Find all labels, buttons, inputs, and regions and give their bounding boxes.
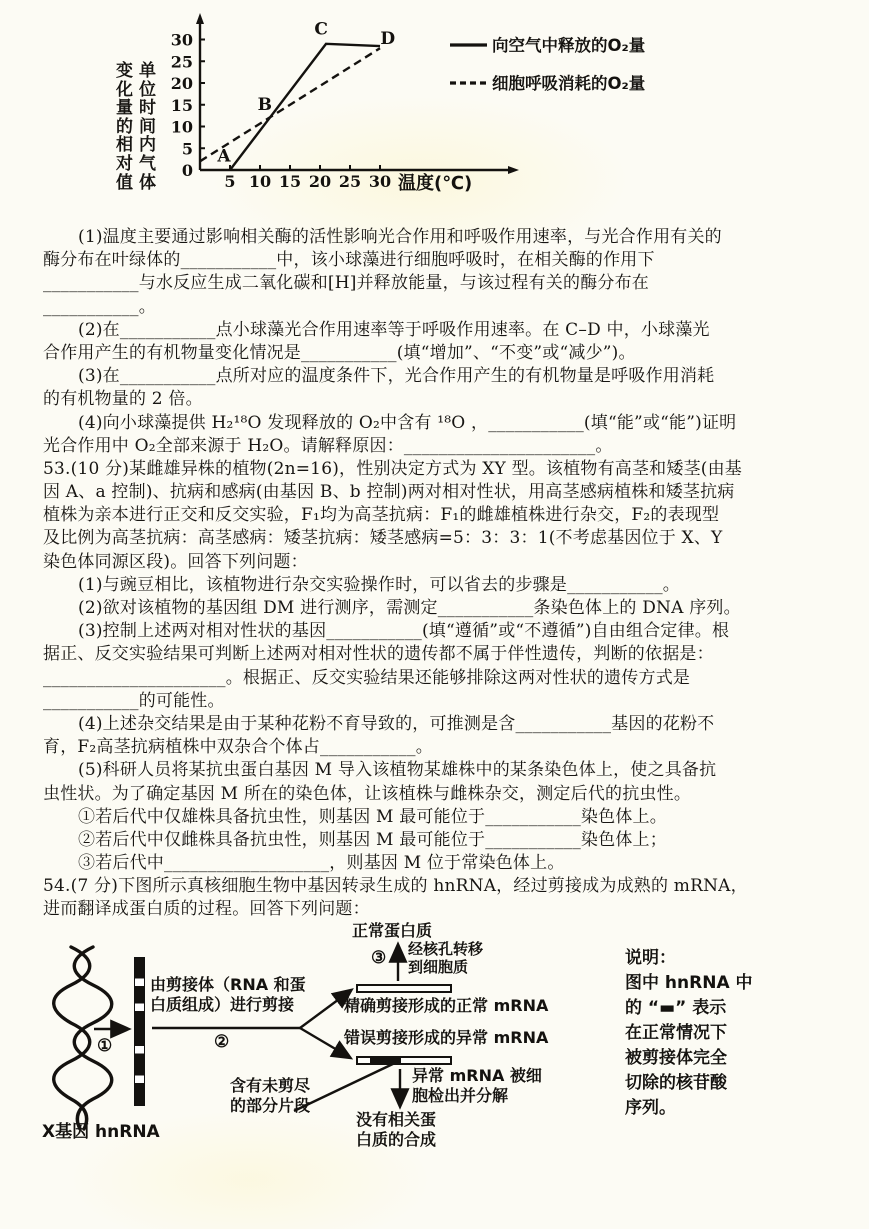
svg-text:10: 10 [171, 118, 193, 137]
y-axis-label-column: 变化量的相对值 [116, 62, 133, 192]
question-text-block: (1)温度主要通过影响相关酶的活性影响光合作用和呼吸作用速率，与光合作用有关的酶… [43, 226, 849, 922]
svg-text:30: 30 [171, 31, 193, 50]
svg-text:15: 15 [279, 172, 301, 191]
svg-text:5: 5 [182, 139, 193, 158]
text-line: (1)与豌豆相比，该植物进行杂交实验操作时，可以省去的步骤是__________… [43, 574, 849, 597]
svg-text:20: 20 [171, 74, 193, 93]
intron-segment [370, 1058, 401, 1063]
diagram-note: 说明： 图中 hnRNA 中 的 “▬” 表示 在正常情况下 被剪接体完全 切除… [625, 946, 753, 1121]
exam-page: 05101520253051015202530温度(℃)ABCD向空气中释放的O… [0, 0, 869, 1229]
step-3-badge: ③ [371, 948, 386, 968]
text-line: 光合作用中 O₂全部来源于 H₂O。请解释原因：________________… [43, 435, 849, 458]
text-line: 植株为亲本进行正交和反交实验，F₁均为高茎抗病：F₁的雌雄植株进行杂交，F₂的表… [43, 504, 849, 527]
svg-text:细胞呼吸消耗的O₂量: 细胞呼吸消耗的O₂量 [492, 73, 646, 93]
no-protein-label: 没有相关蛋 白质的合成 [356, 1110, 436, 1150]
text-line: 合作用产生的有机物量变化情况是___________(填“增加”、“不变”或“减… [43, 342, 849, 365]
text-line: ___________。 [43, 296, 849, 319]
svg-text:25: 25 [171, 52, 193, 71]
svg-text:5: 5 [224, 172, 235, 191]
svg-text:A: A [216, 146, 231, 166]
text-line: ③若后代中___________________，则基因 M 位于常染色体上。 [43, 852, 849, 875]
text-line: _____________________。根据正、反交实验结果还能够排除这两对… [43, 667, 849, 690]
svg-text:10: 10 [249, 172, 271, 191]
hnrna-bar [134, 957, 145, 1106]
x-gene-hnrna-label: X基因 hnRNA [42, 1122, 160, 1142]
svg-text:30: 30 [369, 172, 391, 191]
text-line: 染色体同源区段)。回答下列问题： [43, 551, 849, 574]
text-line: (1)温度主要通过影响相关酶的活性影响光合作用和呼吸作用速率，与光合作用有关的 [43, 226, 849, 249]
text-line: 54.(7 分)下图所示真核细胞生物中基因转录生成的 hnRNA，经过剪接成为成… [43, 875, 849, 898]
nuclear-pore-label: 经核孔转移 到细胞质 [408, 940, 483, 976]
text-line: ___________与水反应生成二氧化碳和[H]并释放能量，与该过程有关的酶分… [43, 272, 849, 295]
text-line: ___________的可能性。 [43, 690, 849, 713]
text-line: (3)在___________点所对应的温度条件下，光合作用产生的有机物量是呼吸… [43, 365, 849, 388]
abnormal-mrna-bar [356, 1056, 452, 1065]
fork-up-arrow [300, 991, 350, 1028]
text-line: 据正、反交实验结果可判断上述两对相对性状的遗传都不属于伴性遗传，判断的依据是： [43, 643, 849, 666]
normal-mrna-label: 精确剪接形成的正常 mRNA [344, 996, 548, 1016]
svg-text:D: D [380, 29, 395, 49]
mrna-degraded-label: 异常 mRNA 被细 胞检出并分解 [412, 1066, 542, 1106]
text-line: 及比例为高茎抗病：高茎感病：矮茎抗病：矮茎感病=5：3：3：1(不考虑基因位于 … [43, 527, 849, 550]
leftover-fragment-label: 含有未剪尽 的部分片段 [230, 1076, 310, 1116]
normal-mrna-bar [356, 984, 452, 993]
text-line: 育，F₂高茎抗病植株中双杂合个体占___________。 [43, 736, 849, 759]
text-line: 的有机物量的 2 倍。 [43, 388, 849, 411]
normal-protein-label: 正常蛋白质 [352, 921, 432, 941]
svg-text:C: C [314, 19, 328, 39]
text-line: 53.(10 分)某雌雄异株的植物(2n=16)，性别决定方式为 XY 型。该植… [43, 458, 849, 481]
svg-text:向空气中释放的O₂量: 向空气中释放的O₂量 [492, 35, 646, 55]
text-line: (5)科研人员将某抗虫蛋白基因 M 导入该植物某雄株中的某条染色体上，使之具备抗 [43, 759, 849, 782]
svg-text:25: 25 [339, 172, 361, 191]
text-line: (4)上述杂交结果是由于某种花粉不育导致的，可推测是含___________基因… [43, 713, 849, 736]
step-2-badge: ② [214, 1032, 229, 1052]
y-axis-label-column: 单位时间内气体 [139, 62, 156, 192]
step-1-badge: ① [97, 1036, 112, 1056]
svg-text:15: 15 [171, 96, 193, 115]
spliceosome-label: 由剪接体（RNA 和蛋 白质组成）进行剪接 [150, 975, 306, 1015]
svg-text:20: 20 [309, 172, 331, 191]
fork-down-arrow [300, 1028, 349, 1057]
svg-text:温度(℃): 温度(℃) [398, 172, 472, 194]
text-line: ②若后代中仅雌株具备抗虫性，则基因 M 最可能位于___________染色体上… [43, 829, 849, 852]
text-line: ①若后代中仅雄株具备抗虫性，则基因 M 最可能位于___________染色体上… [43, 806, 849, 829]
text-line: (2)欲对该植物的基因组 DM 进行测序，需测定___________条染色体上… [43, 597, 849, 620]
chart-y-axis-label: 变化量的相对值单位时间内气体 [116, 62, 156, 192]
text-line: (3)控制上述两对相对性状的基因___________(填“遵循”或“不遵循”)… [43, 620, 849, 643]
svg-text:B: B [258, 95, 272, 115]
text-line: 酶分布在叶绿体的___________中，该小球藻进行细胞呼吸时，在相关酶的作用… [43, 249, 849, 272]
text-line: (2)在___________点小球藻光合作用速率等于呼吸作用速率。在 C–D … [43, 319, 849, 342]
text-line: (4)向小球藻提供 H₂¹⁸O 发现释放的 O₂中含有 ¹⁸O ，_______… [43, 412, 849, 435]
text-line: 虫性状。为了确定基因 M 所在的染色体，让该植株与雌株杂交，测定后代的抗虫性。 [43, 783, 849, 806]
svg-text:0: 0 [182, 161, 193, 180]
text-line: 因 A、a 控制)、抗病和感病(由基因 B、b 控制)两对相对性状，用高茎感病植… [43, 481, 849, 504]
abnormal-mrna-label: 错误剪接形成的异常 mRNA [344, 1028, 548, 1048]
